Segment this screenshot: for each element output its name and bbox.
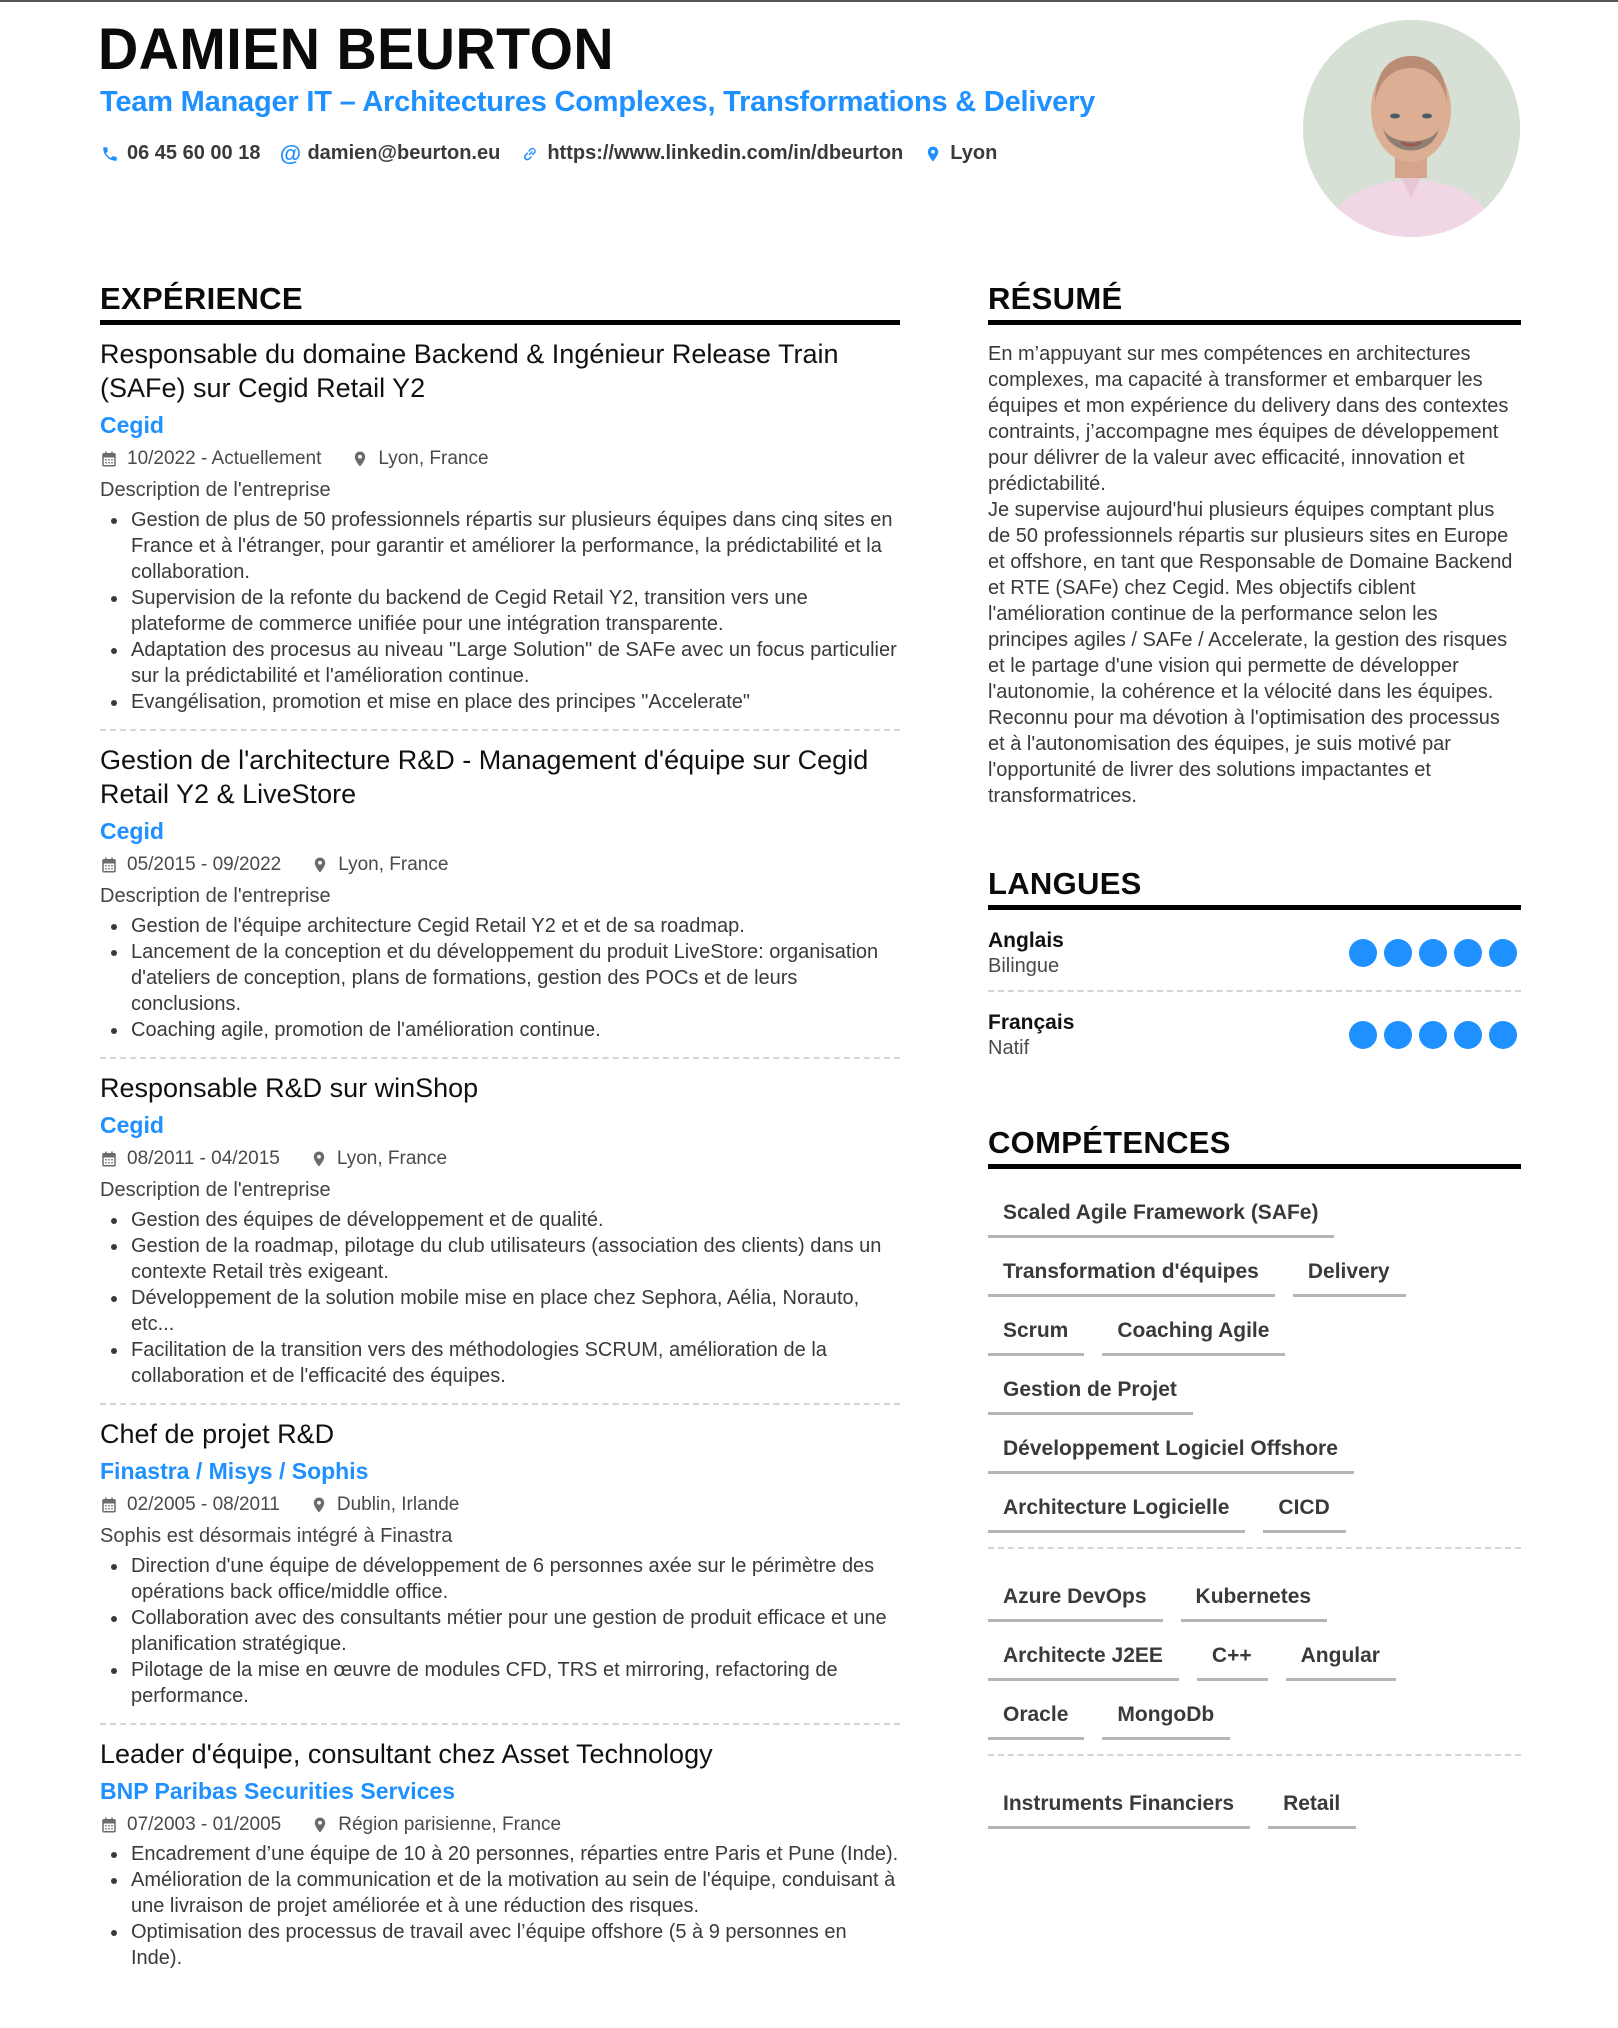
headline: Team Manager IT – Architectures Complexe… [100, 86, 1095, 119]
rating-dot-icon [1349, 1021, 1377, 1049]
job-bullet: Optimisation des processus de travail av… [100, 1919, 900, 1971]
job-entry: Responsable du domaine Backend & Ingénie… [100, 325, 900, 731]
job-bullet: Evangélisation, promotion et mise en pla… [100, 689, 900, 715]
job-bullet: Direction d'une équipe de développement … [100, 1553, 900, 1605]
company-description: Description de l'entreprise [100, 1177, 900, 1203]
job-dates: 08/2011 - 04/2015 [100, 1147, 280, 1171]
rating-dot-icon [1454, 1021, 1482, 1049]
language-text: AnglaisBilingue [988, 928, 1064, 978]
job-bullet: Facilitation de la transition vers des m… [100, 1337, 900, 1389]
job-location: Lyon, France [311, 853, 448, 877]
summary-section: RÉSUMÉ En m’appuyant sur mes compétences… [988, 280, 1521, 809]
job-bullets: Encadrement d’une équipe de 10 à 20 pers… [100, 1841, 900, 1971]
skill-tag: Transformation d'équipes [988, 1250, 1275, 1297]
job-bullet: Adaptation des procesus au niveau "Large… [100, 637, 900, 689]
skill-tag: Oracle [988, 1693, 1084, 1740]
skill-list: Scaled Agile Framework (SAFe)Transformat… [988, 1169, 1521, 1843]
location-pin-icon [923, 144, 943, 164]
job-meta: 10/2022 - ActuellementLyon, France [100, 447, 900, 471]
rating-dot-icon [1384, 1021, 1412, 1049]
job-dates-text: 05/2015 - 09/2022 [127, 853, 281, 877]
skill-tag: MongoDb [1102, 1693, 1230, 1740]
job-bullets: Gestion des équipes de développement et … [100, 1207, 900, 1389]
rating-dot-icon [1384, 939, 1412, 967]
job-location-text: Lyon, France [338, 853, 448, 877]
profile-photo-illustration [1303, 20, 1520, 237]
sidebar-column: RÉSUMÉ En m’appuyant sur mes compétences… [988, 280, 1521, 1843]
job-meta: 08/2011 - 04/2015Lyon, France [100, 1147, 900, 1171]
job-location-text: Lyon, France [378, 447, 488, 471]
job-bullet: Lancement de la conception et du dévelop… [100, 939, 900, 1017]
contact-bar: 06 45 60 00 18 @ damien@beurton.eu https… [100, 142, 1017, 165]
job-dates-text: 08/2011 - 04/2015 [127, 1147, 280, 1171]
job-title: Gestion de l'architecture R&D - Manageme… [100, 743, 900, 811]
company-description: Description de l'entreprise [100, 883, 900, 909]
job-dates-text: 02/2005 - 08/2011 [127, 1493, 280, 1517]
job-bullet: Collaboration avec des consultants métie… [100, 1605, 900, 1657]
phone-number: 06 45 60 00 18 [127, 142, 260, 165]
contact-email[interactable]: @ damien@beurton.eu [280, 142, 500, 165]
link-icon [520, 144, 540, 164]
phone-icon [100, 144, 120, 164]
job-title: Responsable du domaine Backend & Ingénie… [100, 337, 900, 405]
skill-tag: C++ [1197, 1634, 1268, 1681]
job-entry: Responsable R&D sur winShopCegid08/2011 … [100, 1059, 900, 1405]
company-name[interactable]: Cegid [100, 816, 900, 846]
skill-group: Scaled Agile Framework (SAFe)Transformat… [988, 1169, 1521, 1547]
rating-dot-icon [1489, 1021, 1517, 1049]
skill-tag: Kubernetes [1181, 1575, 1328, 1622]
job-bullet: Développement de la solution mobile mise… [100, 1285, 900, 1337]
job-bullet: Gestion de la roadmap, pilotage du club … [100, 1233, 900, 1285]
job-bullet: Pilotage de la mise en œuvre de modules … [100, 1657, 900, 1709]
company-description: Description de l'entreprise [100, 477, 900, 503]
job-dates: 02/2005 - 08/2011 [100, 1493, 280, 1517]
job-location-text: Région parisienne, France [338, 1813, 561, 1837]
contact-phone[interactable]: 06 45 60 00 18 [100, 142, 260, 165]
job-bullets: Direction d'une équipe de développement … [100, 1553, 900, 1709]
job-bullets: Gestion de l'équipe architecture Cegid R… [100, 913, 900, 1043]
job-dates-text: 10/2022 - Actuellement [127, 447, 321, 471]
language-list: AnglaisBilingueFrançaisNatif [988, 910, 1521, 1072]
job-dates-text: 07/2003 - 01/2005 [127, 1813, 281, 1837]
experience-section: EXPÉRIENCE Responsable du domaine Backen… [100, 280, 900, 1985]
experience-heading: EXPÉRIENCE [100, 280, 900, 325]
rating-dot-icon [1419, 939, 1447, 967]
location-pin-icon [310, 1496, 328, 1514]
language-level: Bilingue [988, 954, 1064, 978]
job-bullet: Coaching agile, promotion de l'améliorat… [100, 1017, 900, 1043]
job-title: Responsable R&D sur winShop [100, 1071, 900, 1105]
job-location: Dublin, Irlande [310, 1493, 460, 1517]
skill-tag: Architecture Logicielle [988, 1486, 1245, 1533]
languages-section: LANGUES AnglaisBilingueFrançaisNatif [988, 865, 1521, 1072]
job-bullets: Gestion de plus de 50 professionnels rép… [100, 507, 900, 715]
job-bullet: Gestion des équipes de développement et … [100, 1207, 900, 1233]
job-bullet: Encadrement d’une équipe de 10 à 20 pers… [100, 1841, 900, 1867]
rating-dot-icon [1349, 939, 1377, 967]
job-bullet: Supervision de la refonte du backend de … [100, 585, 900, 637]
location-pin-icon [311, 1816, 329, 1834]
job-location-text: Lyon, France [337, 1147, 447, 1171]
skill-tag: Retail [1268, 1782, 1356, 1829]
job-title: Leader d'équipe, consultant chez Asset T… [100, 1737, 900, 1771]
calendar-icon [100, 1150, 118, 1168]
at-icon: @ [280, 144, 300, 164]
job-location: Lyon, France [351, 447, 488, 471]
location-pin-icon [310, 1150, 328, 1168]
job-title: Chef de projet R&D [100, 1417, 900, 1451]
job-location-text: Dublin, Irlande [337, 1493, 460, 1517]
job-location: Lyon, France [310, 1147, 447, 1171]
skill-group: Instruments FinanciersRetail [988, 1754, 1521, 1843]
profile-photo [1303, 20, 1520, 237]
calendar-icon [100, 1816, 118, 1834]
skills-section: COMPÉTENCES Scaled Agile Framework (SAFe… [988, 1124, 1521, 1843]
summary-heading: RÉSUMÉ [988, 280, 1521, 325]
calendar-icon [100, 450, 118, 468]
calendar-icon [100, 1496, 118, 1514]
language-level: Natif [988, 1036, 1074, 1060]
job-entry: Leader d'équipe, consultant chez Asset T… [100, 1725, 900, 1985]
candidate-name: DAMIEN BEURTON [98, 16, 614, 83]
language-item: AnglaisBilingue [988, 910, 1521, 990]
language-text: FrançaisNatif [988, 1010, 1074, 1060]
skill-tag: Développement Logiciel Offshore [988, 1427, 1354, 1474]
skills-heading: COMPÉTENCES [988, 1124, 1521, 1169]
language-rating [1349, 939, 1517, 967]
job-dates: 10/2022 - Actuellement [100, 447, 321, 471]
summary-text: En m’appuyant sur mes compétences en arc… [988, 341, 1521, 809]
job-entry: Gestion de l'architecture R&D - Manageme… [100, 731, 900, 1059]
location-pin-icon [311, 856, 329, 874]
skill-tag: Coaching Agile [1102, 1309, 1285, 1356]
job-meta: 07/2003 - 01/2005Région parisienne, Fran… [100, 1813, 900, 1837]
skill-tag: Architecte J2EE [988, 1634, 1179, 1681]
skill-tag: Azure DevOps [988, 1575, 1163, 1622]
job-bullet: Amélioration de la communication et de l… [100, 1867, 900, 1919]
language-rating [1349, 1021, 1517, 1049]
job-meta: 05/2015 - 09/2022Lyon, France [100, 853, 900, 877]
job-meta: 02/2005 - 08/2011Dublin, Irlande [100, 1493, 900, 1517]
job-list: Responsable du domaine Backend & Ingénie… [100, 325, 900, 1985]
skill-tag: Scaled Agile Framework (SAFe) [988, 1191, 1334, 1238]
job-dates: 07/2003 - 01/2005 [100, 1813, 281, 1837]
location-text: Lyon [950, 142, 997, 165]
job-location: Région parisienne, France [311, 1813, 561, 1837]
skill-tag: Instruments Financiers [988, 1782, 1250, 1829]
company-name[interactable]: Cegid [100, 410, 900, 440]
rating-dot-icon [1454, 939, 1482, 967]
job-entry: Chef de projet R&DFinastra / Misys / Sop… [100, 1405, 900, 1725]
job-dates: 05/2015 - 09/2022 [100, 853, 281, 877]
email-address: damien@beurton.eu [307, 142, 500, 165]
skill-tag: Angular [1286, 1634, 1396, 1681]
company-name[interactable]: Cegid [100, 1110, 900, 1140]
calendar-icon [100, 856, 118, 874]
location-pin-icon [351, 450, 369, 468]
contact-linkedin[interactable]: https://www.linkedin.com/in/dbeurton [520, 142, 903, 165]
job-bullet: Gestion de plus de 50 professionnels rép… [100, 507, 900, 585]
language-name: Anglais [988, 928, 1064, 954]
skill-tag: Delivery [1293, 1250, 1406, 1297]
company-name[interactable]: BNP Paribas Securities Services [100, 1776, 900, 1806]
skill-group: Azure DevOpsKubernetesArchitecte J2EEC++… [988, 1547, 1521, 1754]
skill-tag: Scrum [988, 1309, 1084, 1356]
rating-dot-icon [1419, 1021, 1447, 1049]
language-name: Français [988, 1010, 1074, 1036]
linkedin-url: https://www.linkedin.com/in/dbeurton [547, 142, 903, 165]
job-bullet: Gestion de l'équipe architecture Cegid R… [100, 913, 900, 939]
skill-tag: Gestion de Projet [988, 1368, 1193, 1415]
company-name[interactable]: Finastra / Misys / Sophis [100, 1456, 900, 1486]
rating-dot-icon [1489, 939, 1517, 967]
skill-tag: CICD [1263, 1486, 1345, 1533]
language-item: FrançaisNatif [988, 990, 1521, 1072]
company-description: Sophis est désormais intégré à Finastra [100, 1523, 900, 1549]
languages-heading: LANGUES [988, 865, 1521, 910]
contact-location: Lyon [923, 142, 997, 165]
